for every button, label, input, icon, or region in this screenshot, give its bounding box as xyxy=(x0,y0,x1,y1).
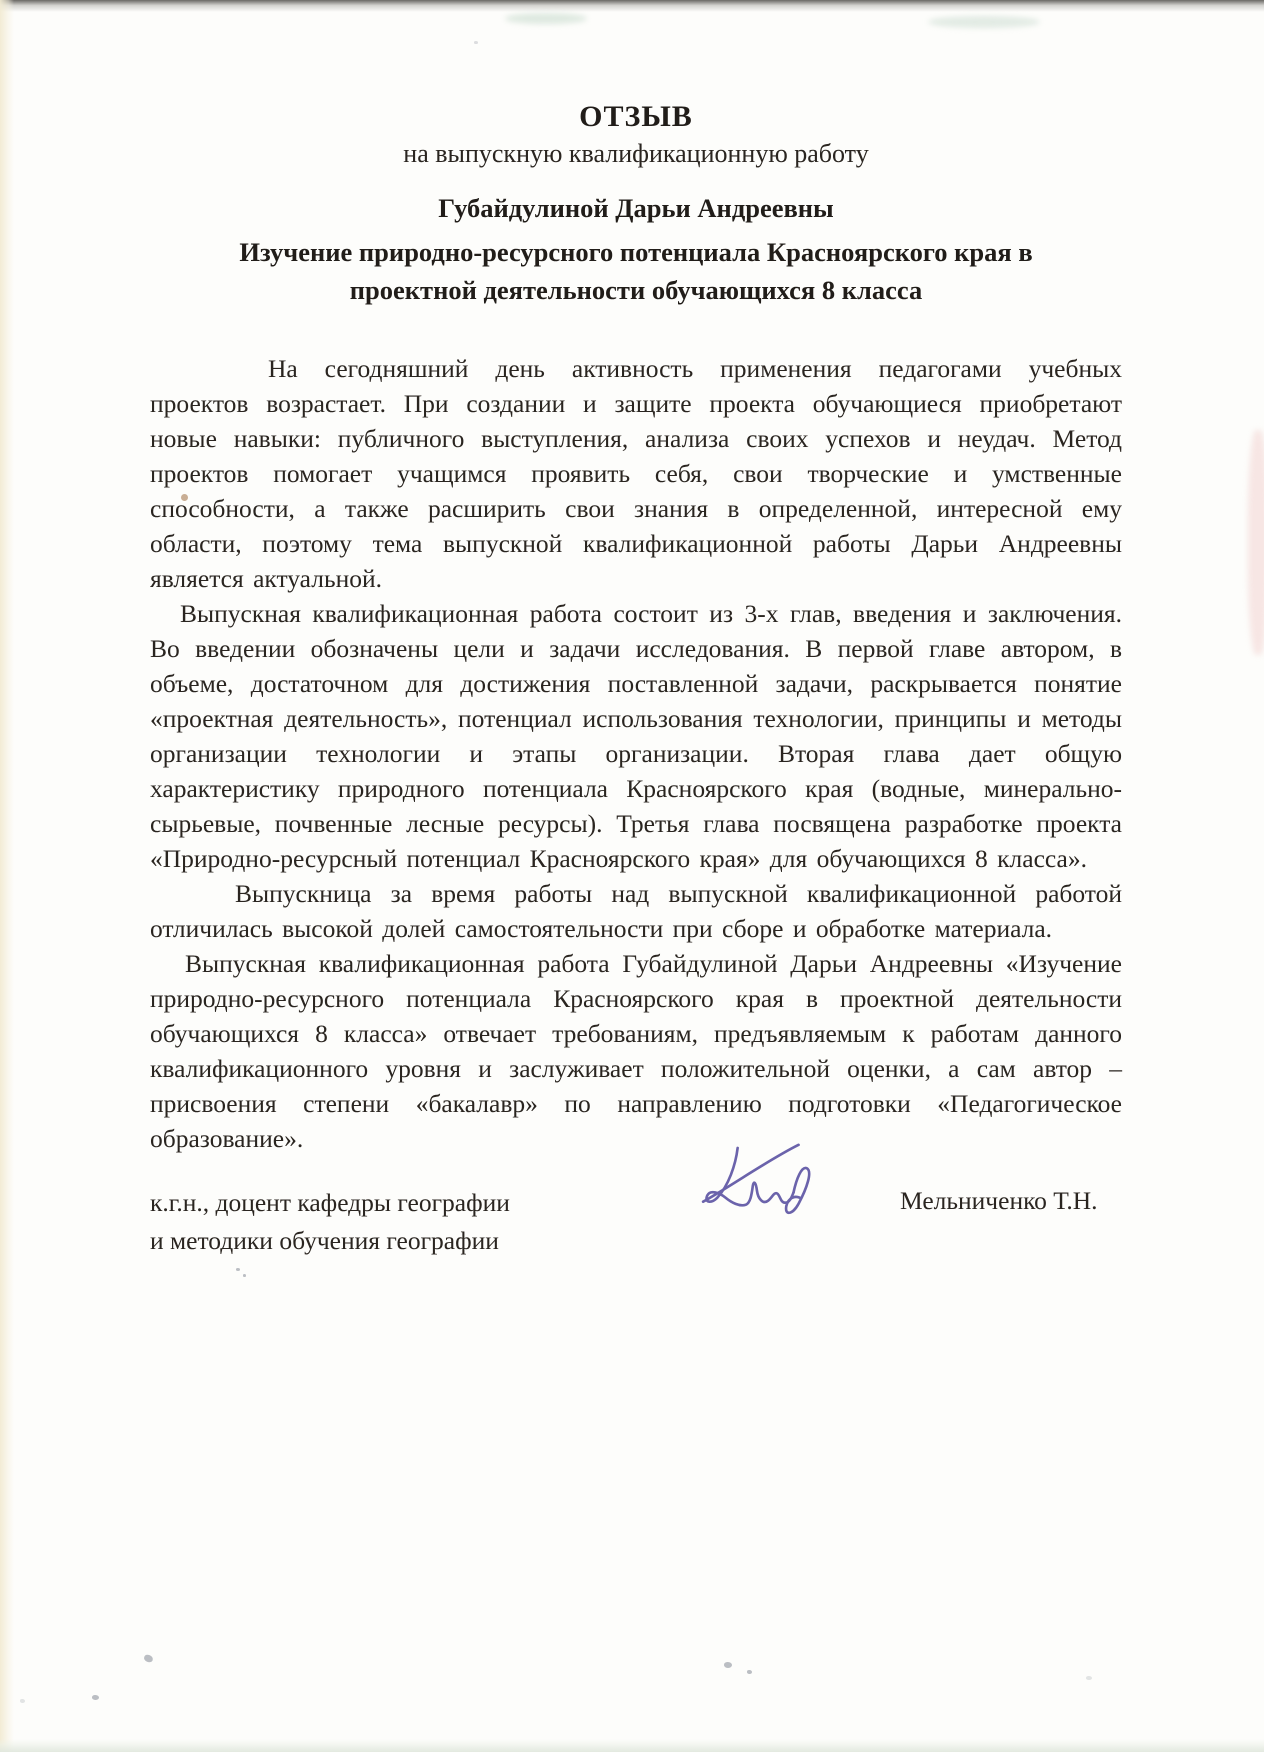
scan-speck xyxy=(1086,1676,1092,1680)
review-title: ОТЗЫВ xyxy=(150,100,1122,134)
scan-speck xyxy=(724,1662,732,1668)
scan-smudge xyxy=(1248,430,1264,655)
review-text: На сегодняшний день активность применени… xyxy=(150,351,1122,1156)
body-paragraph-2: Выпускная квалификационная работа состои… xyxy=(150,596,1122,876)
thesis-title-line-2: проектной деятельности обучающихся 8 кла… xyxy=(150,271,1122,309)
body-paragraph-4: Выпускная квалификационная работа Губайд… xyxy=(150,946,1122,1156)
scan-edge-left xyxy=(0,0,14,1752)
thesis-heading: Губайдулиной Дарьи Андреевны Изучение пр… xyxy=(150,189,1122,309)
body-paragraph-1: На сегодняшний день активность применени… xyxy=(150,351,1122,596)
scan-speck xyxy=(474,41,478,44)
student-name: Губайдулиной Дарьи Андреевны xyxy=(150,189,1122,227)
body-paragraph-3: Выпускница за время работы над выпускной… xyxy=(150,876,1122,946)
signer-credentials-line-2: и методики обучения географии xyxy=(150,1222,1122,1260)
signature-block: к.г.н., доцент кафедры географии и метод… xyxy=(150,1184,1122,1314)
scan-speck xyxy=(143,1654,154,1664)
handwritten-signature xyxy=(695,1139,827,1237)
scan-edge-top xyxy=(0,0,1264,12)
scan-speck xyxy=(20,1699,25,1703)
thesis-title-line-1: Изучение природно-ресурсного потенциала … xyxy=(150,233,1122,271)
scan-smudge xyxy=(505,13,587,24)
signer-name: Мельниченко Т.Н. xyxy=(900,1186,1098,1216)
scan-speck xyxy=(747,1670,752,1674)
scan-smudge xyxy=(928,16,1040,28)
scan-edge-bottom xyxy=(0,1739,1264,1752)
document-body: ОТЗЫВ на выпускную квалификационную рабо… xyxy=(150,100,1122,1314)
review-subtitle: на выпускную квалификационную работу xyxy=(150,139,1122,169)
signature-icon xyxy=(695,1139,827,1237)
scan-speck xyxy=(92,1695,99,1700)
scanned-document-page: ОТЗЫВ на выпускную квалификационную рабо… xyxy=(0,0,1264,1752)
